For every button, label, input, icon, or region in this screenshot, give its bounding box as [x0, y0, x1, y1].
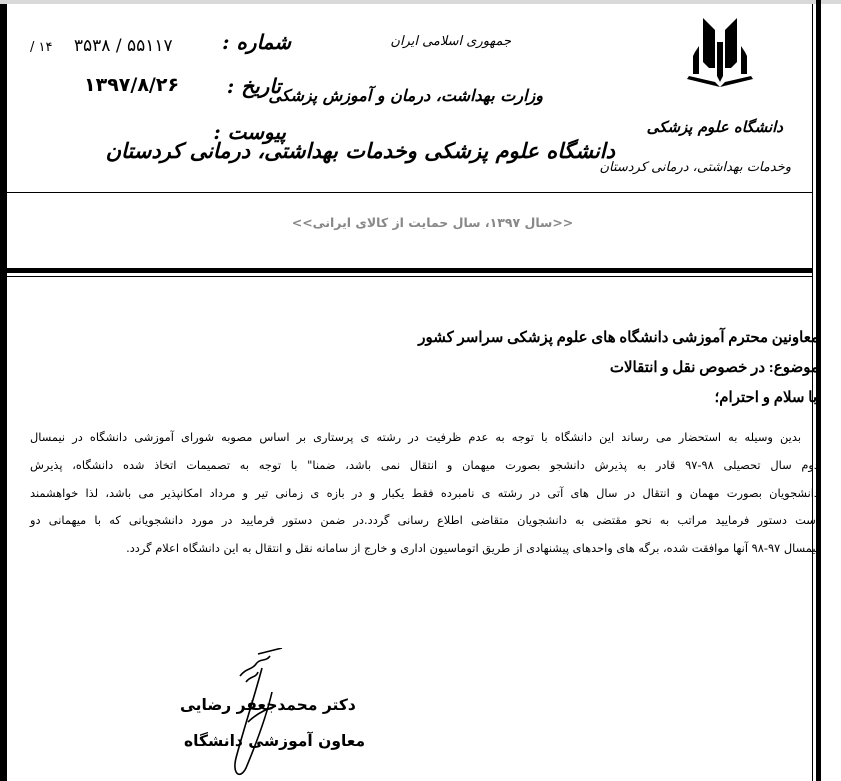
letter-number-value: ۵۵۱۱۷ / ۳۵۳۸ — [74, 36, 173, 56]
attachment-label: پیوست : — [213, 120, 286, 144]
letter-body: بدین وسیله به استحضار می رساند این دانشگ… — [30, 424, 819, 563]
government-title: جمهوری اسلامی ایران — [390, 34, 511, 49]
year-slogan: <<سال ۱۳۹۷، سال حمایت از کالای ایرانی>> — [0, 215, 841, 230]
slogan-divider-thin — [7, 276, 812, 277]
date-label: تاریخ : — [227, 74, 281, 98]
body-line: نیمسال ۹۷-۹۸ آنها موافقت شده، برگه های و… — [30, 535, 819, 563]
institution-title: دانشگاه علوم پزشکی وخدمات بهداشتی، درمان… — [106, 138, 615, 163]
recipient-line: معاونین محترم آموزشی دانشگاه های علوم پز… — [418, 328, 819, 347]
signer-title: معاون آموزشی دانشگاه — [184, 732, 365, 750]
header-divider — [7, 192, 812, 193]
slogan-divider-thick — [7, 268, 812, 273]
body-line: دوم سال تحصیلی ۹۸-۹۷ قادر به پذیرش دانشج… — [30, 452, 819, 480]
subject-line: موضوع: در خصوص نقل و انتقالات — [610, 358, 819, 377]
greeting-line: با سلام و احترام؛ — [714, 388, 817, 407]
university-name: دانشگاه علوم پزشکی — [647, 118, 783, 136]
handwritten-signature-icon — [200, 648, 310, 781]
letter-number: ۵۵۱۱۷ / ۳۵۳۸ ۱۴ / — [30, 36, 173, 56]
letter-date: ۱۳۹۷/۸/۲۶ — [84, 74, 179, 96]
body-line: بدین وسیله به استحضار می رساند این دانشگ… — [30, 424, 819, 452]
ministry-title: وزارت بهداشت، درمان و آموزش پزشکی — [268, 86, 543, 105]
university-subtitle: وخدمات بهداشتی، درمانی کردستان — [599, 160, 791, 175]
university-emblem-icon — [685, 12, 755, 88]
left-page-border — [0, 4, 7, 781]
number-label: شماره : — [222, 30, 291, 54]
top-bar — [0, 0, 841, 4]
signer-name: دکتر محمدجعفر رضایی — [180, 696, 356, 714]
letter-number-prefix: ۱۴ / — [30, 40, 52, 55]
body-line: دانشجویان بصورت مهمان و انتقال در سال ها… — [30, 480, 819, 508]
body-line: است دستور فرمایید مراتب به نحو مقتضی به … — [30, 507, 819, 535]
